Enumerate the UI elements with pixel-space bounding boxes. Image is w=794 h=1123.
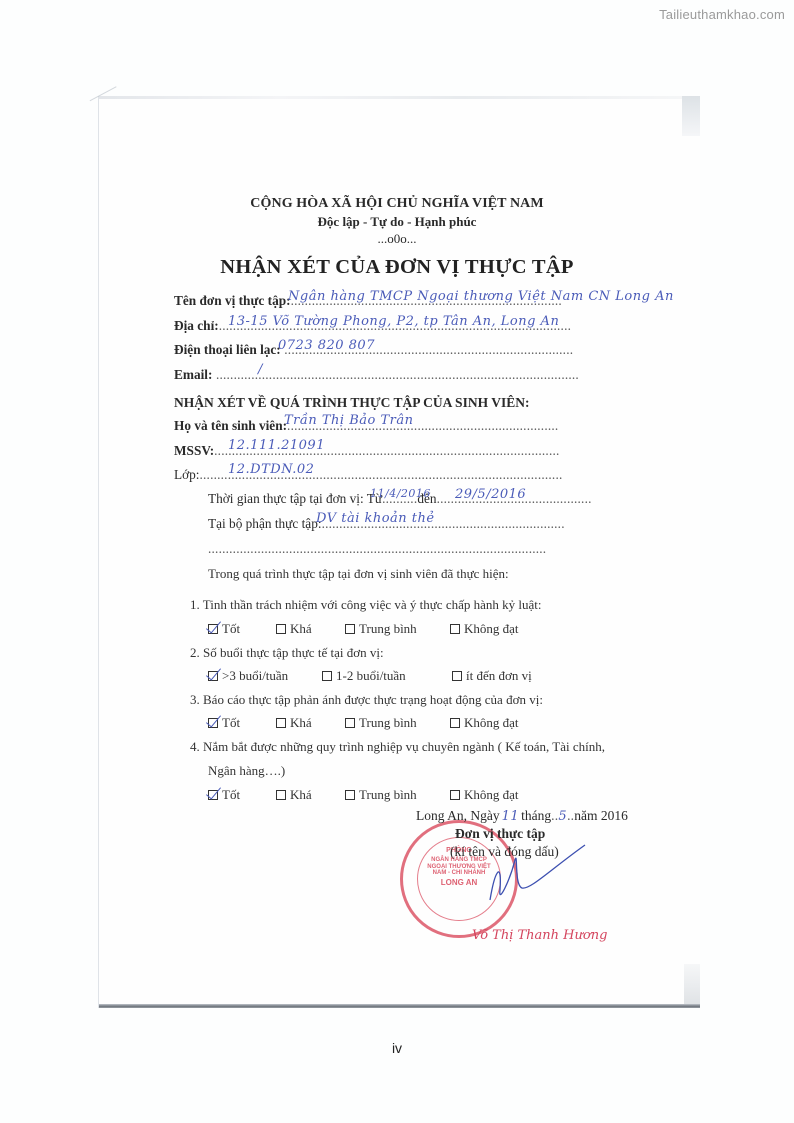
motto: Độc lập - Tự do - Hạnh phúc (0, 214, 794, 230)
department-value: DV tài khoản thẻ (316, 511, 435, 526)
q3-option-khong-dat[interactable]: Không đạt (450, 715, 519, 731)
checkbox-icon[interactable] (450, 718, 460, 728)
question-4: 4. Nắm bắt được những quy trình nghiệp v… (190, 739, 605, 755)
q4-option-trung-binh[interactable]: Trung bình (345, 787, 417, 803)
department-blank-line: ........................................… (208, 541, 546, 557)
sign-month: 5 (558, 809, 567, 824)
email-label: Email: (174, 367, 212, 382)
ornament: ...o0o... (0, 231, 794, 247)
q1-option-tot[interactable]: Tốt (208, 621, 240, 637)
checkbox-icon[interactable] (345, 718, 355, 728)
q3-option-tot[interactable]: Tốt (208, 715, 240, 731)
intro-text: Trong quá trình thực tập tại đơn vị sinh… (208, 566, 509, 582)
q1-option-trung-binh[interactable]: Trung bình (345, 621, 417, 637)
checkbox-icon[interactable] (322, 671, 332, 681)
handwritten-signature (470, 830, 590, 910)
question-4-cont: Ngân hàng….) (208, 763, 285, 779)
checkbox-checked-icon[interactable] (208, 671, 218, 681)
scan-top-edge (99, 96, 700, 99)
class-label: Lớp: (174, 467, 200, 482)
watermark: Tailieuthamkhao.com (659, 7, 785, 22)
q4-option-kha[interactable]: Khá (276, 787, 312, 803)
student-name-label: Họ và tên sinh viên: (174, 418, 287, 433)
unit-name-label: Tên đơn vị thực tập: (174, 293, 291, 308)
q1-option-khong-dat[interactable]: Không đạt (450, 621, 519, 637)
nation-heading: CỘNG HÒA XÃ HỘI CHỦ NGHĨA VIỆT NAM (0, 196, 794, 212)
checkbox-checked-icon[interactable] (208, 624, 218, 634)
student-name-value: Trần Thị Bảo Trân (284, 413, 413, 428)
scan-bottom-edge (99, 1004, 700, 1008)
student-id-label: MSSV: (174, 443, 214, 458)
q3-option-trung-binh[interactable]: Trung bình (345, 715, 417, 731)
checkbox-icon[interactable] (276, 790, 286, 800)
department-label: Tại bộ phận thực tập: (208, 516, 322, 531)
page-number: iv (0, 1040, 794, 1056)
address-label: Địa chỉ: (174, 318, 219, 333)
sign-date-line: Long An, Ngày11tháng..5..năm 2016 (416, 808, 628, 824)
student-section-title: NHẬN XÉT VỀ QUÁ TRÌNH THỰC TẬP CỦA SINH … (174, 395, 529, 411)
checkbox-icon[interactable] (452, 671, 462, 681)
scan-corner (684, 964, 700, 1004)
checkbox-icon[interactable] (345, 790, 355, 800)
class-value: 12.DTDN.02 (228, 462, 314, 477)
checkbox-icon[interactable] (276, 624, 286, 634)
checkbox-icon[interactable] (276, 718, 286, 728)
email-line: Email: .................................… (174, 367, 579, 383)
period-label: Thời gian thực tập tại đơn vị: Từ (208, 491, 382, 506)
checkbox-icon[interactable] (450, 624, 460, 634)
phone-label: Điện thoại liên lạc: (174, 342, 281, 357)
email-value: / (258, 362, 263, 377)
question-1: 1. Tinh thần trách nhiệm với công việc v… (190, 597, 542, 613)
q3-option-kha[interactable]: Khá (276, 715, 312, 731)
document-title: NHẬN XÉT CỦA ĐƠN VỊ THỰC TẬP (0, 256, 794, 279)
scan-right-edge (682, 96, 700, 136)
checkbox-icon[interactable] (450, 790, 460, 800)
unit-name-value: Ngân hàng TMCP Ngoại thương Việt Nam CN … (288, 289, 674, 304)
q2-option-3plus[interactable]: >3 buổi/tuần (208, 668, 288, 684)
checkbox-icon[interactable] (345, 624, 355, 634)
sign-day: 11 (502, 809, 520, 824)
q4-option-khong-dat[interactable]: Không đạt (450, 787, 519, 803)
signer-name: Võ Thị Thanh Hương (472, 928, 607, 943)
phone-value: 0723 820 807 (278, 338, 375, 353)
address-value: 13-15 Võ Tường Phong, P2, tp Tân An, Lon… (228, 314, 559, 329)
period-to-value: 29/5/2016 (455, 487, 526, 502)
q2-option-rarely[interactable]: ít đến đơn vị (452, 668, 532, 684)
q4-option-tot[interactable]: Tốt (208, 787, 240, 803)
period-from-value: 11/4/2016 (370, 487, 431, 500)
document-header: CỘNG HÒA XÃ HỘI CHỦ NGHĨA VIỆT NAM Độc l… (0, 196, 794, 247)
q2-option-1-2[interactable]: 1-2 buổi/tuần (322, 668, 406, 684)
question-2: 2. Số buổi thực tập thực tế tại đơn vị: (190, 645, 384, 661)
checkbox-checked-icon[interactable] (208, 790, 218, 800)
checkbox-checked-icon[interactable] (208, 718, 218, 728)
student-id-value: 12.111.21091 (228, 438, 325, 453)
q1-option-kha[interactable]: Khá (276, 621, 312, 637)
scan-fold-mark (90, 86, 126, 118)
question-3: 3. Báo cáo thực tập phản ánh được thực t… (190, 692, 543, 708)
